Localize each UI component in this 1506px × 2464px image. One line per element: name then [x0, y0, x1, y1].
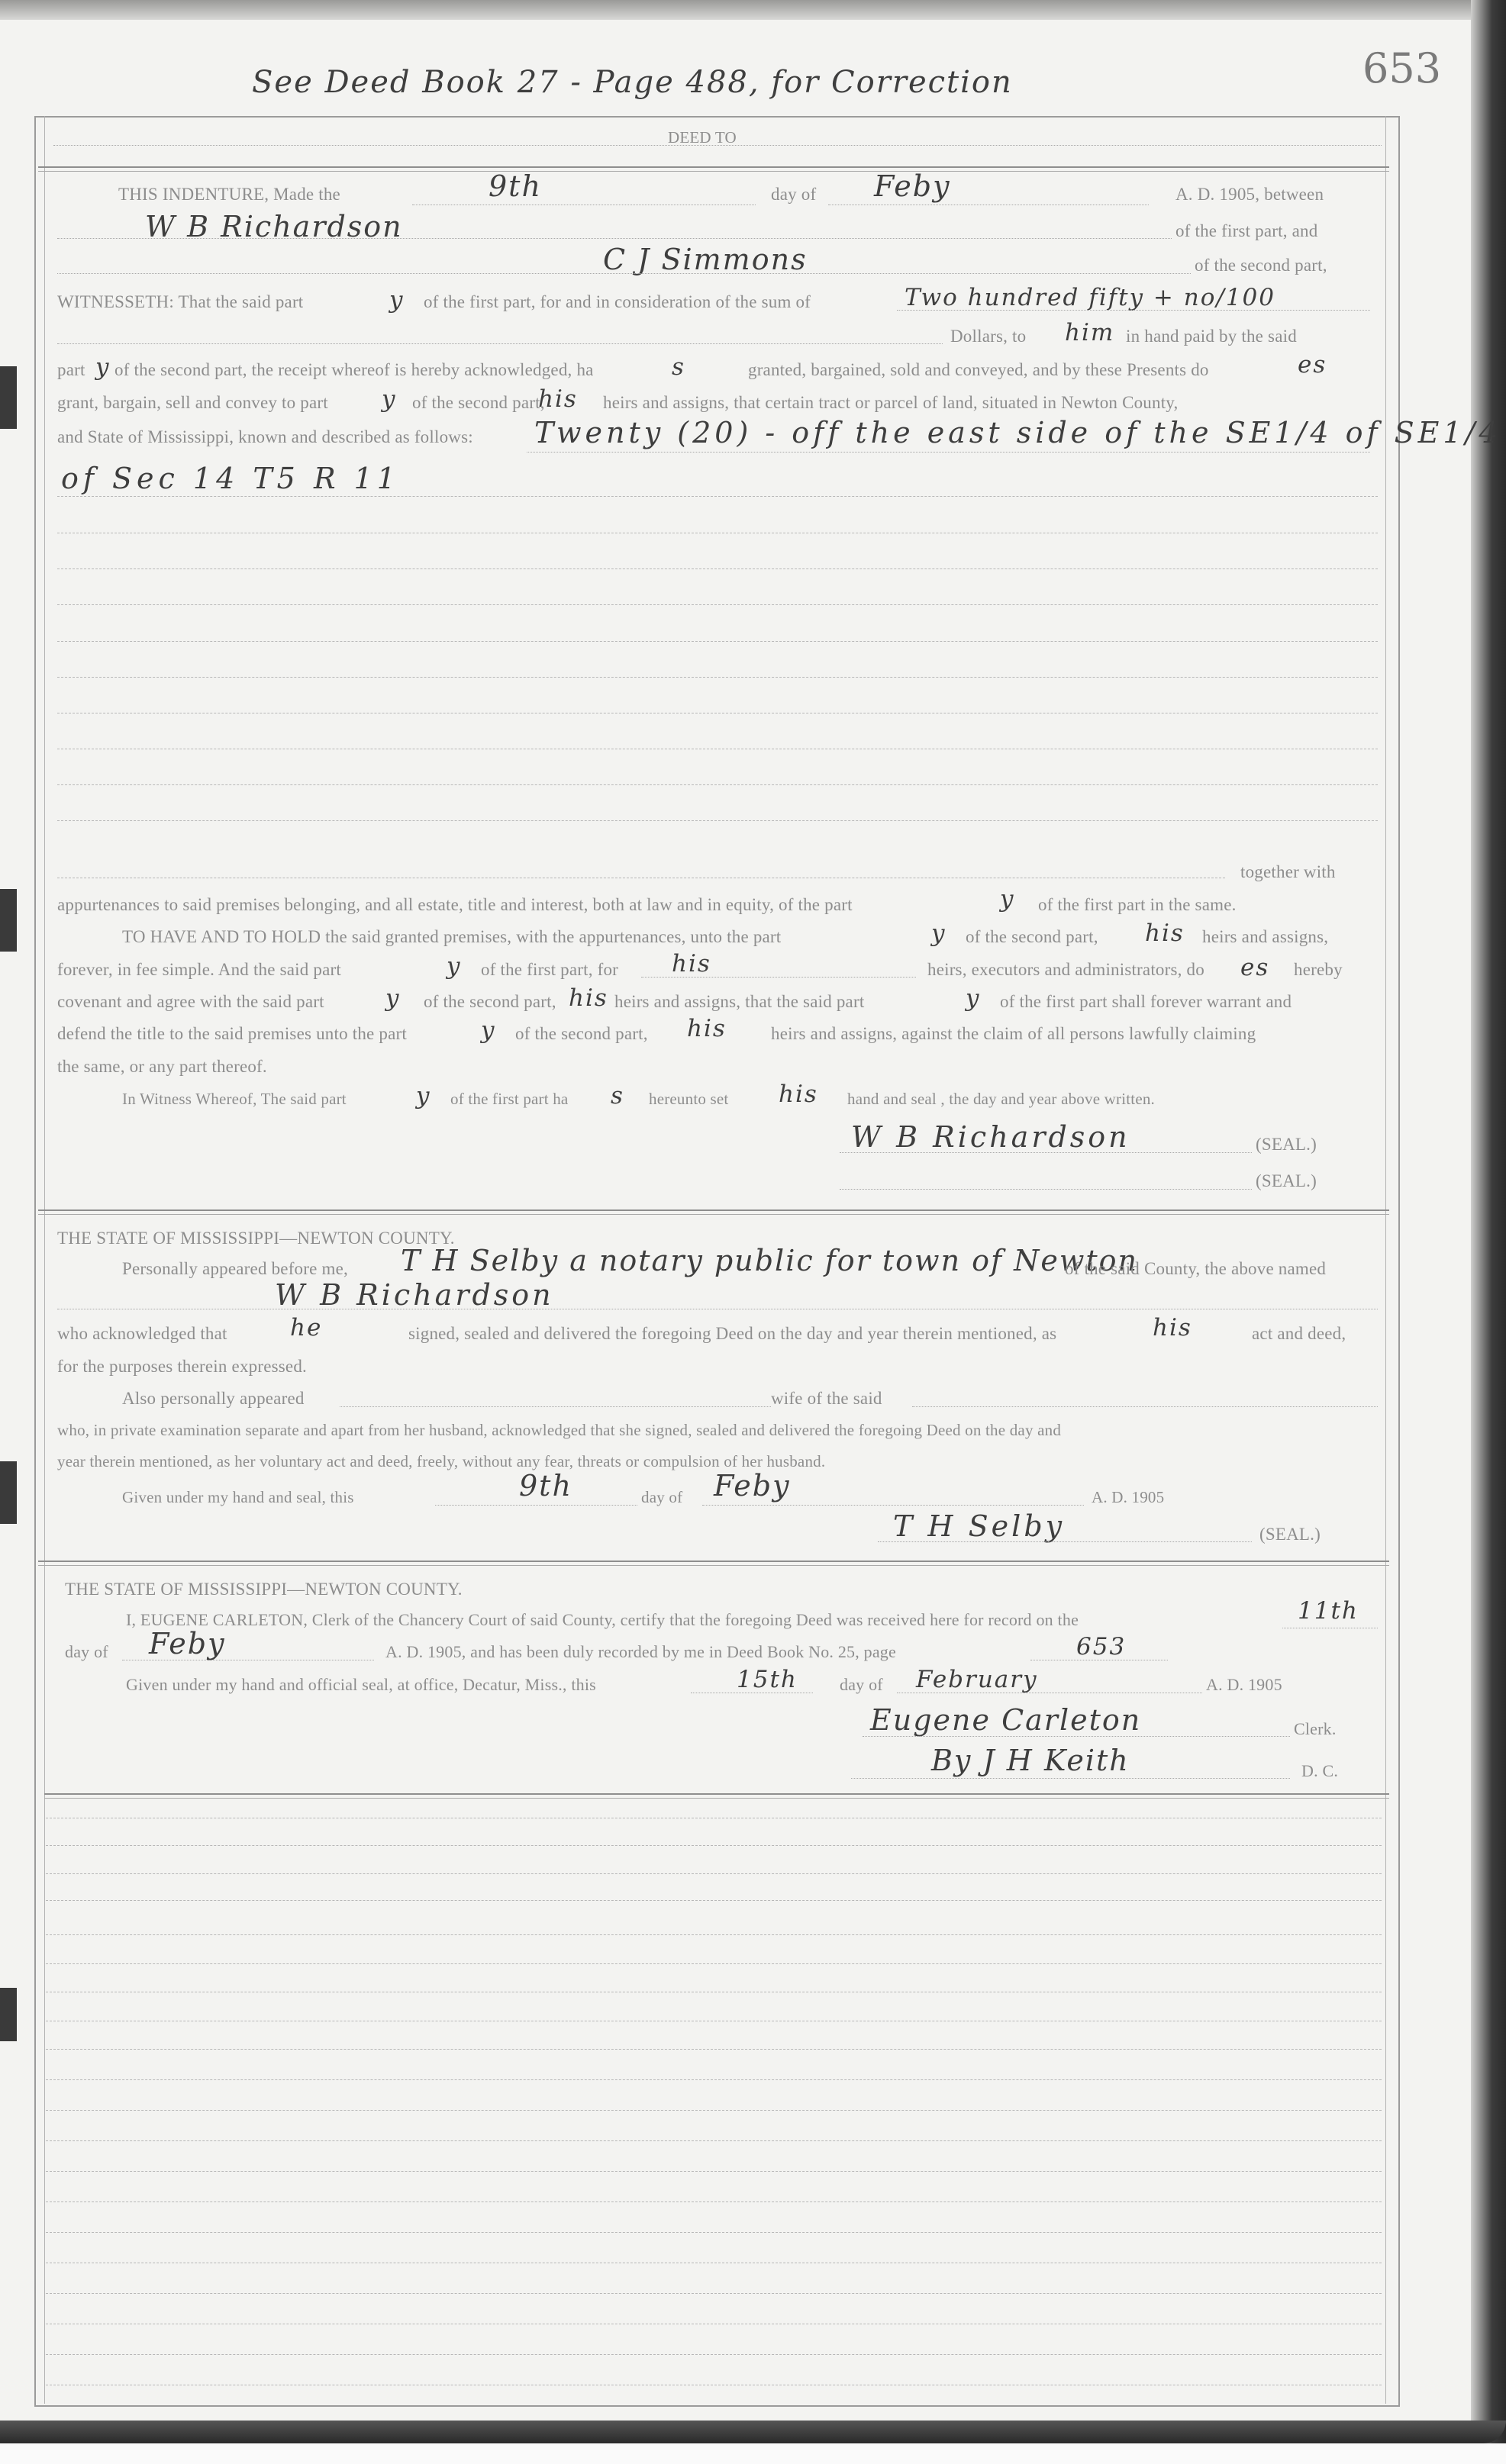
blank-line: [46, 1963, 1382, 1964]
ledger-page: See Deed Book 27 - Page 488, for Correct…: [0, 0, 1506, 2464]
label: Dollars, to: [950, 327, 1026, 346]
ack-text: Given under my hand and seal, this: [122, 1488, 354, 1507]
pronoun-fill: his: [1153, 1314, 1192, 1342]
indenture-day: 9th: [489, 169, 542, 203]
blank-line: [46, 2232, 1382, 2233]
covenant-text: defend the title to the said premises un…: [57, 1024, 407, 1044]
signature-line: [863, 1736, 1290, 1737]
fill-line: [527, 452, 1370, 453]
fill-line: [641, 977, 916, 978]
covenant-text: heirs and assigns, against the claim of …: [771, 1024, 1256, 1044]
habendum-text: TO HAVE AND TO HOLD the said granted pre…: [122, 927, 781, 947]
index-tab-marker: [0, 366, 17, 429]
label: day of: [840, 1675, 883, 1695]
blank-line: [46, 2293, 1382, 2294]
land-description-line2: of Sec 14 T5 R 11: [61, 462, 400, 495]
cert-text: Given under my hand and official seal, a…: [126, 1675, 596, 1695]
pronoun-fill: his: [569, 984, 608, 1012]
blank-line: [57, 677, 1378, 678]
title-rule: [53, 145, 1382, 146]
certificate-day: 15th: [737, 1666, 798, 1693]
pronoun-fill: his: [672, 950, 711, 978]
grant-text: of the second part,: [412, 393, 545, 413]
deputy-label: D. C.: [1301, 1761, 1338, 1781]
ack-year: A. D. 1905: [1092, 1488, 1164, 1507]
ack-text: Also personally appeared: [122, 1389, 305, 1409]
party-suffix: y: [385, 984, 401, 1012]
blank-line: [57, 820, 1378, 821]
blank-line: [57, 568, 1378, 569]
signature-line: [878, 1541, 1252, 1542]
fill-line: [1282, 1628, 1378, 1628]
recorded-page: 653: [1076, 1633, 1126, 1660]
seal-label: (SEAL.): [1259, 1525, 1321, 1544]
correction-note: See Deed Book 27 - Page 488, for Correct…: [252, 65, 1013, 100]
section-divider: [38, 1561, 1389, 1566]
grant-text: part: [57, 360, 85, 380]
grantor-signature: W B Richardson: [851, 1120, 1130, 1154]
grantee-name: C J Simmons: [603, 243, 808, 276]
blank-line: [46, 2079, 1382, 2080]
page-number: 653: [1362, 44, 1441, 92]
signature-line: [840, 1152, 1252, 1153]
clerk-label: Clerk.: [1294, 1719, 1337, 1739]
verb-suffix: s: [611, 1082, 624, 1110]
ack-text: year therein mentioned, as her voluntary…: [57, 1452, 825, 1471]
label: together with: [1240, 862, 1336, 882]
land-description-line1: Twenty (20) - off the east side of the S…: [534, 416, 1501, 449]
party-suffix: y: [389, 286, 405, 314]
margin-rule: [1385, 116, 1386, 2404]
blank-line: [46, 1900, 1382, 1901]
blank-line: [57, 533, 1378, 533]
pronoun-fill: his: [687, 1015, 727, 1042]
blank-line: [57, 496, 1378, 497]
grant-text: of the second part, the receipt whereof …: [114, 360, 594, 380]
habendum-text: hereby: [1294, 960, 1343, 980]
cert-text: A. D. 1905, and has been duly recorded b…: [385, 1642, 896, 1662]
seal-label: (SEAL.): [1256, 1135, 1317, 1155]
index-tab-marker: [0, 1988, 17, 2041]
index-tab-marker: [0, 1461, 17, 1524]
party-suffix: y: [95, 353, 111, 381]
label: of the first part, and: [1175, 221, 1317, 241]
blank-line: [46, 2263, 1382, 2263]
witness-clause: hand and seal , the day and year above w…: [847, 1090, 1155, 1109]
blank-line: [46, 1845, 1382, 1846]
blank-line: [46, 2385, 1382, 2385]
witness-clause: In Witness Whereof, The said part: [122, 1090, 347, 1109]
witnesseth-text: WITNESSETH: That the said part: [57, 292, 303, 312]
fill-line: [702, 1505, 1084, 1506]
fill-line: [57, 238, 1172, 239]
fill-line: [57, 343, 943, 344]
blank-line: [57, 713, 1378, 713]
blank-line: [57, 878, 1225, 878]
pronoun-fill: his: [779, 1081, 818, 1108]
label: of the second part,: [1195, 256, 1327, 275]
grant-text: and State of Mississippi, known and desc…: [57, 427, 473, 447]
deputy-clerk-signature: By J H Keith: [931, 1744, 1130, 1777]
pronoun-fill: his: [538, 385, 578, 413]
blank-line: [46, 2354, 1382, 2355]
blank-line: [57, 604, 1378, 605]
blank-line: [57, 641, 1378, 642]
fill-line: [57, 273, 1191, 274]
payee: him: [1065, 319, 1114, 346]
blank-line: [46, 2021, 1382, 2021]
pronoun-fill: his: [1145, 920, 1185, 947]
indenture-month: Feby: [874, 169, 951, 203]
witness-clause: hereunto set: [649, 1090, 728, 1109]
indenture-intro: THIS INDENTURE, Made the: [118, 185, 340, 205]
witnesseth-text: of the first part, for and in considerat…: [424, 292, 811, 312]
section-divider: [38, 1209, 1389, 1215]
blank-line: [57, 749, 1378, 749]
appurtenances-text: of the first part in the same.: [1038, 895, 1237, 915]
certificate-month: February: [916, 1666, 1038, 1693]
blank-line: [46, 1934, 1382, 1935]
index-tab-marker: [0, 889, 17, 952]
party-suffix: y: [1000, 885, 1015, 913]
habendum-text: of the first part, for: [481, 960, 618, 980]
pronoun-fill: he: [290, 1314, 322, 1342]
covenant-text: covenant and agree with the said part: [57, 992, 324, 1012]
ack-text: act and deed,: [1252, 1324, 1346, 1344]
signature-line: [851, 1778, 1290, 1779]
label: day of: [65, 1642, 108, 1662]
label: day of: [641, 1488, 682, 1507]
consideration-sum: Two hundred fifty + no/100: [905, 284, 1275, 311]
notary-name: T H Selby a notary public for town of Ne…: [401, 1244, 1138, 1277]
ack-text: Personally appeared before me,: [122, 1259, 348, 1279]
signature-line: [840, 1189, 1252, 1190]
ack-text: of the said County, the above named: [1065, 1259, 1326, 1279]
grant-text: granted, bargained, sold and conveyed, a…: [748, 360, 1209, 380]
blank-line: [46, 2140, 1382, 2141]
ack-text: for the purposes therein expressed.: [57, 1357, 307, 1377]
ack-month: Feby: [714, 1469, 791, 1503]
party-suffix: y: [966, 984, 981, 1012]
scan-margin: [0, 2443, 1506, 2464]
verb-suffix: es: [1240, 954, 1269, 981]
habendum-text: of the second part,: [966, 927, 1098, 947]
covenant-text: of the second part,: [515, 1024, 648, 1044]
ack-text: signed, sealed and delivered the foregoi…: [408, 1324, 1056, 1344]
covenant-text: of the first part shall forever warrant …: [1000, 992, 1292, 1012]
book-spine-edge: [1471, 0, 1506, 2464]
fill-line: [340, 1406, 771, 1407]
clerk-signature: Eugene Carleton: [870, 1703, 1141, 1737]
party-suffix: y: [416, 1082, 431, 1110]
fill-line: [828, 205, 1149, 205]
ack-text: who acknowledged that: [57, 1324, 227, 1344]
fill-line: [912, 1406, 1378, 1407]
covenant-text: heirs and assigns, that the said part: [614, 992, 864, 1012]
page-bottom-edge: [0, 2421, 1506, 2443]
verb-suffix: s: [672, 353, 685, 381]
certificate-heading: THE STATE OF MISSISSIPPI—NEWTON COUNTY.: [65, 1580, 463, 1599]
habendum-text: heirs, executors and administrators, do: [927, 960, 1204, 980]
label: in hand paid by the said: [1126, 327, 1297, 346]
page-top-edge: [0, 0, 1506, 20]
ack-text: wife of the said: [771, 1389, 882, 1409]
fill-line: [897, 310, 1370, 311]
seal-label: (SEAL.): [1256, 1171, 1317, 1191]
blank-line: [46, 1818, 1382, 1818]
blank-line: [46, 2049, 1382, 2050]
section-divider: [38, 166, 1389, 172]
cert-text: I, EUGENE CARLETON, Clerk of the Chancer…: [126, 1610, 1079, 1630]
acknowledgment-heading: THE STATE OF MISSISSIPPI—NEWTON COUNTY.: [57, 1229, 455, 1248]
notary-signature: T H Selby: [893, 1509, 1065, 1543]
witness-clause: of the first part ha: [450, 1090, 568, 1109]
fill-line: [412, 205, 756, 205]
acknowledging-party: W B Richardson: [275, 1278, 554, 1312]
grant-text: heirs and assigns, that certain tract or…: [603, 393, 1178, 413]
section-divider: [44, 1793, 1389, 1799]
received-month: Feby: [149, 1627, 226, 1660]
label: day of: [771, 185, 816, 205]
habendum-text: forever, in fee simple. And the said par…: [57, 960, 341, 980]
fill-line: [435, 1505, 637, 1506]
habendum-text: heirs and assigns,: [1202, 927, 1328, 947]
blank-line: [46, 2171, 1382, 2172]
grant-text: grant, bargain, sell and convey to part: [57, 393, 328, 413]
ack-text: who, in private examination separate and…: [57, 1421, 1061, 1440]
covenant-text: the same, or any part thereof.: [57, 1057, 267, 1077]
received-day: 11th: [1298, 1597, 1359, 1625]
blank-line: [46, 2110, 1382, 2111]
fill-line: [57, 1309, 1378, 1309]
blank-line: [46, 1992, 1382, 1992]
blank-line: [46, 1873, 1382, 1874]
appurtenances-text: appurtenances to said premises belonging…: [57, 895, 853, 915]
margin-rule: [44, 116, 45, 2404]
party-suffix: y: [382, 385, 397, 413]
party-suffix: y: [447, 952, 462, 980]
verb-suffix: es: [1298, 351, 1327, 378]
ack-day: 9th: [519, 1469, 572, 1503]
certificate-year: A. D. 1905: [1206, 1675, 1282, 1695]
indenture-year: A. D. 1905, between: [1175, 185, 1324, 205]
blank-line: [57, 784, 1378, 785]
blank-line: [46, 2324, 1382, 2324]
party-suffix: y: [481, 1016, 496, 1044]
blank-line: [46, 2201, 1382, 2202]
party-suffix: y: [931, 920, 946, 947]
covenant-text: of the second part,: [424, 992, 556, 1012]
